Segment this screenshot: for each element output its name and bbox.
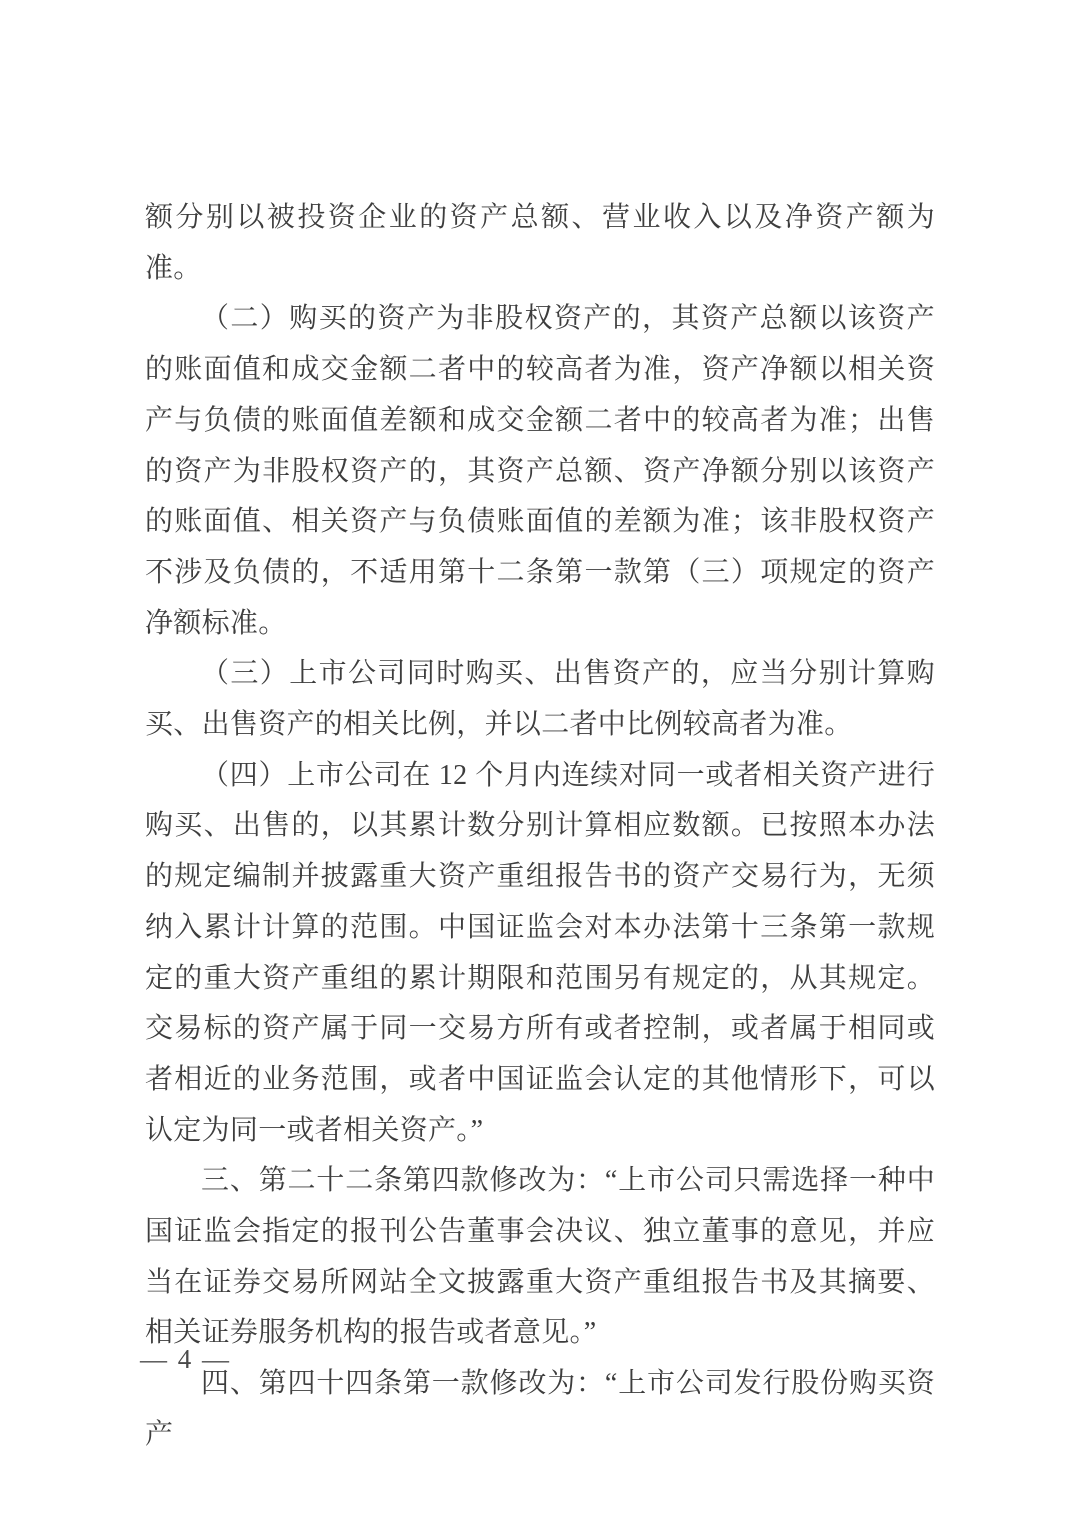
document-page: 额分别以被投资企业的资产总额、营业收入以及净资产额为准。 （二）购买的资产为非股… <box>0 0 1080 1527</box>
body-paragraph-item-2: （二）购买的资产为非股权资产的，其资产总额以该资产的账面值和成交金额二者中的较高… <box>145 294 935 649</box>
body-paragraph-item-4: （四）上市公司在 12 个月内连续对同一或者相关资产进行购买、出售的，以其累计数… <box>145 751 935 1157</box>
body-paragraph-continuation: 额分别以被投资企业的资产总额、营业收入以及净资产额为准。 <box>145 193 935 294</box>
body-paragraph-item-3: （三）上市公司同时购买、出售资产的，应当分别计算购买、出售资产的相关比例，并以二… <box>145 649 935 750</box>
page-number: — 4 — <box>140 1342 231 1376</box>
document-body: 额分别以被投资企业的资产总额、营业收入以及净资产额为准。 （二）购买的资产为非股… <box>145 193 935 1461</box>
body-paragraph-article-3: 三、第二十二条第四款修改为：“上市公司只需选择一种中国证监会指定的报刊公告董事会… <box>145 1156 935 1359</box>
body-paragraph-article-4: 四、第四十四条第一款修改为：“上市公司发行股份购买资产 <box>145 1359 935 1460</box>
